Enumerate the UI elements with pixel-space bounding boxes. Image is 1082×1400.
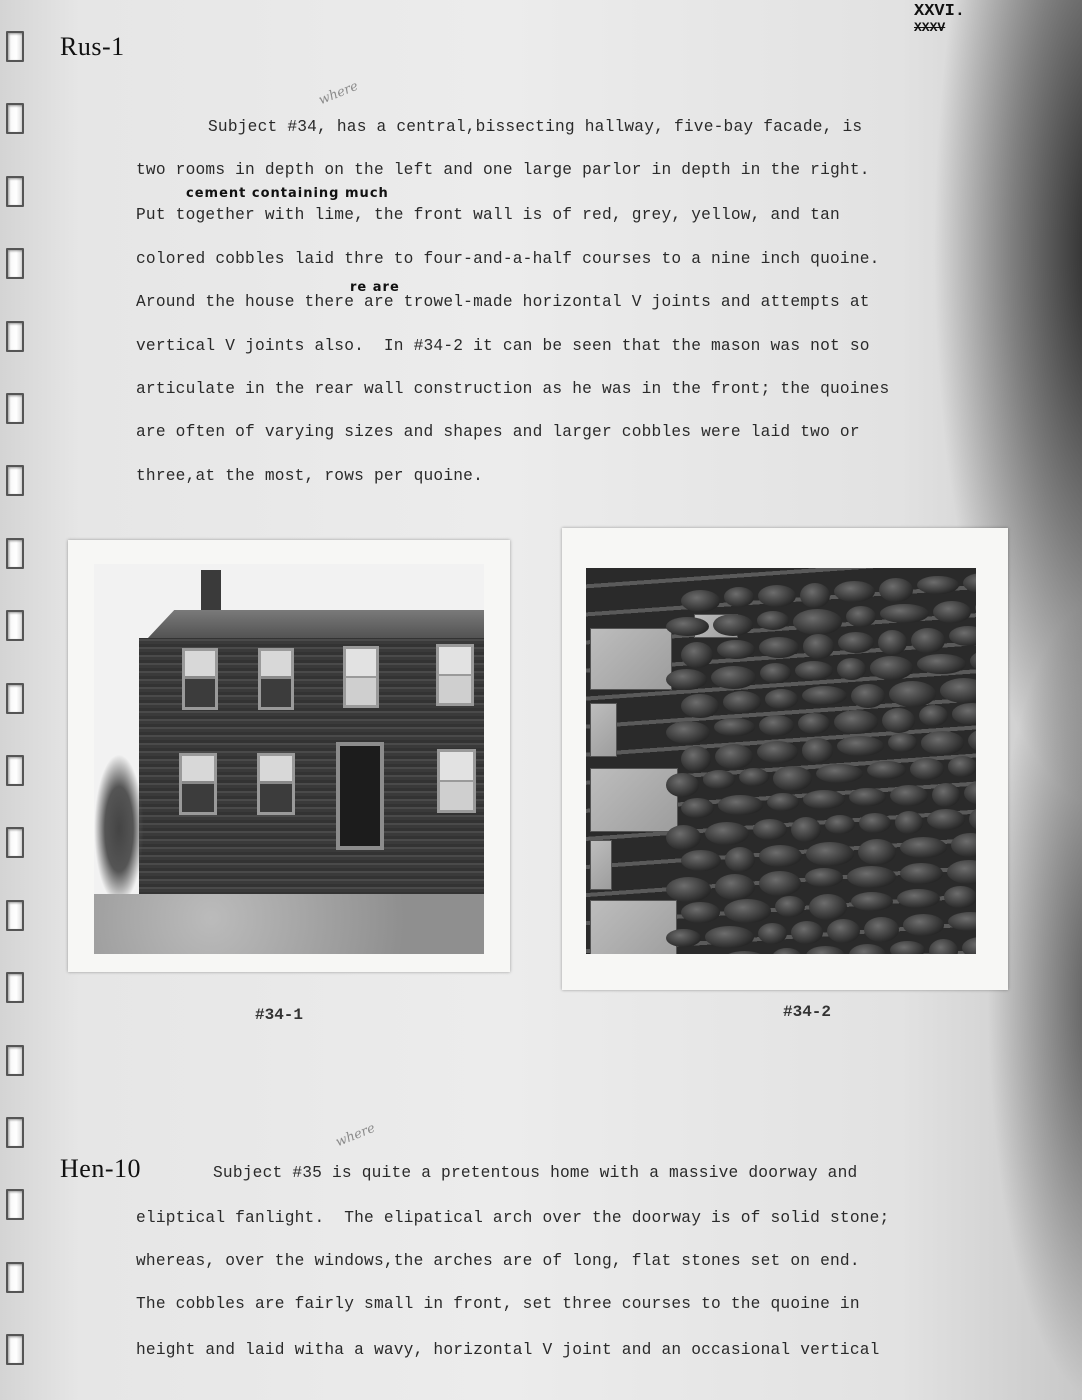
page-number-struck: XXXV	[914, 20, 965, 36]
photo-cobble	[889, 681, 936, 707]
paragraph-line: colored cobbles laid thre to four-and-a-…	[136, 250, 880, 268]
photo-cobble	[681, 902, 720, 924]
photo-mount-34-2	[562, 528, 1008, 990]
paragraph-line: three,at the most, rows per quoine.	[136, 467, 483, 485]
punch-hole	[6, 1189, 24, 1220]
page-number: XXVI. XXXV	[914, 4, 965, 36]
photo-cobble	[757, 611, 789, 629]
paragraph-line: Subject #35 is quite a pretentous home w…	[213, 1164, 857, 1182]
paragraph-line: whereas, over the windows,the arches are…	[136, 1252, 860, 1270]
photo-cobble	[739, 768, 769, 786]
photo-door	[336, 742, 384, 850]
photo-cobble	[802, 738, 833, 762]
photo-cobble	[944, 886, 976, 908]
punch-hole	[6, 31, 24, 62]
photo-caption-34-2: #34-2	[783, 1003, 831, 1021]
punch-hole	[6, 248, 24, 279]
photo-window	[258, 648, 294, 710]
photo-cobble	[791, 921, 823, 944]
punch-hole	[6, 972, 24, 1003]
photo-window	[182, 648, 218, 710]
photo-cobble	[800, 583, 830, 608]
photo-cobble	[717, 640, 755, 660]
photo-mount-34-1	[68, 540, 510, 972]
photo-cobble	[715, 874, 755, 900]
photo-cobble	[713, 614, 753, 636]
photo-cobble	[927, 809, 965, 830]
pencil-annotation: where	[334, 1121, 378, 1150]
photo-cobble	[760, 663, 791, 683]
photo-cobble	[795, 661, 833, 680]
photo-cobble	[723, 691, 761, 713]
paragraph-line: two rooms in depth on the left and one l…	[136, 161, 870, 179]
photo-cobble	[681, 746, 711, 772]
photo-chimney	[201, 570, 221, 612]
photo-cobble	[900, 837, 947, 858]
photo-cobble	[666, 929, 701, 947]
photo-cobble	[666, 669, 707, 690]
photo-cobble	[666, 773, 699, 798]
photo-cobble	[859, 813, 891, 833]
photo-cobble	[837, 658, 866, 679]
photo-cobble	[858, 839, 896, 865]
photo-cobble	[917, 654, 966, 675]
photo-cobble	[803, 790, 845, 809]
photo-cobble	[879, 578, 913, 602]
punch-hole	[6, 610, 24, 641]
punch-hole	[6, 1045, 24, 1076]
photo-cobble	[809, 894, 847, 920]
photo-cobble	[758, 923, 787, 944]
photo-cobble	[773, 766, 813, 791]
photo-window	[179, 753, 217, 815]
punch-hole	[6, 827, 24, 858]
photo-window	[437, 749, 476, 813]
photo-cobble	[851, 892, 893, 911]
punch-hole	[6, 538, 24, 569]
photo-cobble	[666, 617, 709, 636]
punch-hole	[6, 1334, 24, 1365]
photo-cobble	[805, 868, 843, 887]
photo-cobble	[803, 634, 834, 658]
photo-cobble	[759, 845, 802, 867]
punch-hole	[6, 683, 24, 714]
photo-cobble	[834, 710, 877, 734]
paragraph-line: Put together with lime, the front wall i…	[136, 206, 840, 224]
paragraph-line: The cobbles are fairly small in front, s…	[136, 1295, 860, 1313]
photo-cobble	[681, 850, 721, 871]
photo-cobble	[911, 628, 944, 653]
photo-cobble	[838, 632, 874, 653]
photo-cobble	[806, 842, 854, 865]
photo-window	[436, 644, 474, 706]
photo-cobble	[851, 684, 885, 708]
photo-cobble	[921, 731, 965, 755]
photo-cobble	[910, 758, 944, 780]
binder-punch-strip	[0, 0, 40, 1400]
photo-window	[343, 646, 379, 708]
punch-hole	[6, 1262, 24, 1293]
photo-cobble	[681, 798, 714, 818]
cobblestone-photo	[586, 568, 976, 954]
photo-cobble	[864, 917, 899, 942]
document-page: XXVI. XXXV Rus-1 where Subject #34, has …	[0, 0, 1082, 1400]
photo-cobble	[919, 705, 947, 726]
photo-cobble	[757, 741, 798, 763]
photo-cobble	[681, 694, 719, 719]
punch-hole	[6, 1117, 24, 1148]
photo-quoin	[590, 900, 677, 954]
photo-cobble	[715, 744, 753, 769]
photo-caption-34-1: #34-1	[255, 1006, 303, 1024]
handwritten-insertion: cement containing much	[186, 186, 389, 201]
photo-cobble	[765, 689, 799, 709]
photo-ground	[94, 894, 484, 954]
photo-cobble	[932, 783, 960, 807]
photo-cobble	[714, 718, 754, 736]
paragraph-line: height and laid witha a wavy, horizontal…	[136, 1341, 880, 1359]
section-code-label: Hen-10	[60, 1154, 141, 1184]
section-code-label: Rus-1	[60, 32, 125, 62]
photo-cobble	[666, 721, 710, 744]
paragraph-line: vertical V joints also. In #34-2 it can …	[136, 337, 870, 355]
photo-cobble	[666, 877, 711, 902]
house-photo	[94, 564, 484, 954]
pencil-annotation: where	[317, 79, 361, 108]
photo-cobble	[890, 941, 925, 954]
punch-hole	[6, 755, 24, 786]
photo-cobble	[825, 815, 855, 834]
photo-quoin	[590, 840, 612, 890]
photo-cobble	[767, 793, 799, 811]
photo-cobble	[681, 590, 720, 612]
punch-hole	[6, 393, 24, 424]
photo-cobble	[895, 811, 924, 834]
photo-cobble	[816, 764, 863, 783]
photo-quoin	[590, 768, 678, 832]
photo-quoin	[590, 628, 672, 690]
paragraph-line: are often of varying sizes and shapes an…	[136, 423, 860, 441]
photo-cobble	[718, 795, 763, 814]
photo-cobble	[933, 601, 970, 623]
photo-cobble	[900, 863, 942, 884]
photo-cobble	[759, 871, 801, 896]
photo-cobble	[703, 770, 735, 788]
photo-cobble	[798, 713, 831, 734]
photo-cobble	[793, 609, 842, 635]
photo-window	[257, 753, 295, 815]
photo-cobble	[681, 642, 713, 668]
punch-hole	[6, 465, 24, 496]
photo-tree	[94, 754, 144, 904]
paragraph-line: eliptical fanlight. The elipatical arch …	[136, 1209, 889, 1227]
photo-roof	[132, 610, 484, 640]
photo-cobble	[903, 914, 944, 935]
photo-cobble	[948, 756, 976, 777]
photo-cobble	[775, 896, 804, 917]
page-number-current: XXVI.	[914, 2, 965, 21]
punch-hole	[6, 321, 24, 352]
photo-cobble	[759, 715, 794, 736]
photo-cobble	[867, 761, 906, 779]
paragraph-line: Subject #34, has a central,bissecting ha…	[208, 118, 862, 136]
photo-cobble	[724, 899, 771, 923]
punch-hole	[6, 176, 24, 207]
punch-hole	[6, 900, 24, 931]
paragraph-line: articulate in the rear wall construction…	[136, 380, 889, 398]
photo-cobble	[897, 889, 940, 908]
photo-cobble	[759, 637, 799, 658]
paragraph-line: Around the house there are trowel-made h…	[136, 293, 870, 311]
photo-cobble	[827, 919, 860, 943]
photo-cobble	[834, 581, 875, 602]
photo-cobble	[711, 666, 756, 689]
photo-cobble	[870, 656, 913, 679]
photo-cobble	[758, 585, 796, 607]
photo-cobble	[949, 626, 976, 646]
photo-quoin	[590, 703, 617, 757]
photo-cobble	[791, 817, 821, 842]
punch-hole	[6, 103, 24, 134]
photo-cobble	[849, 788, 886, 807]
